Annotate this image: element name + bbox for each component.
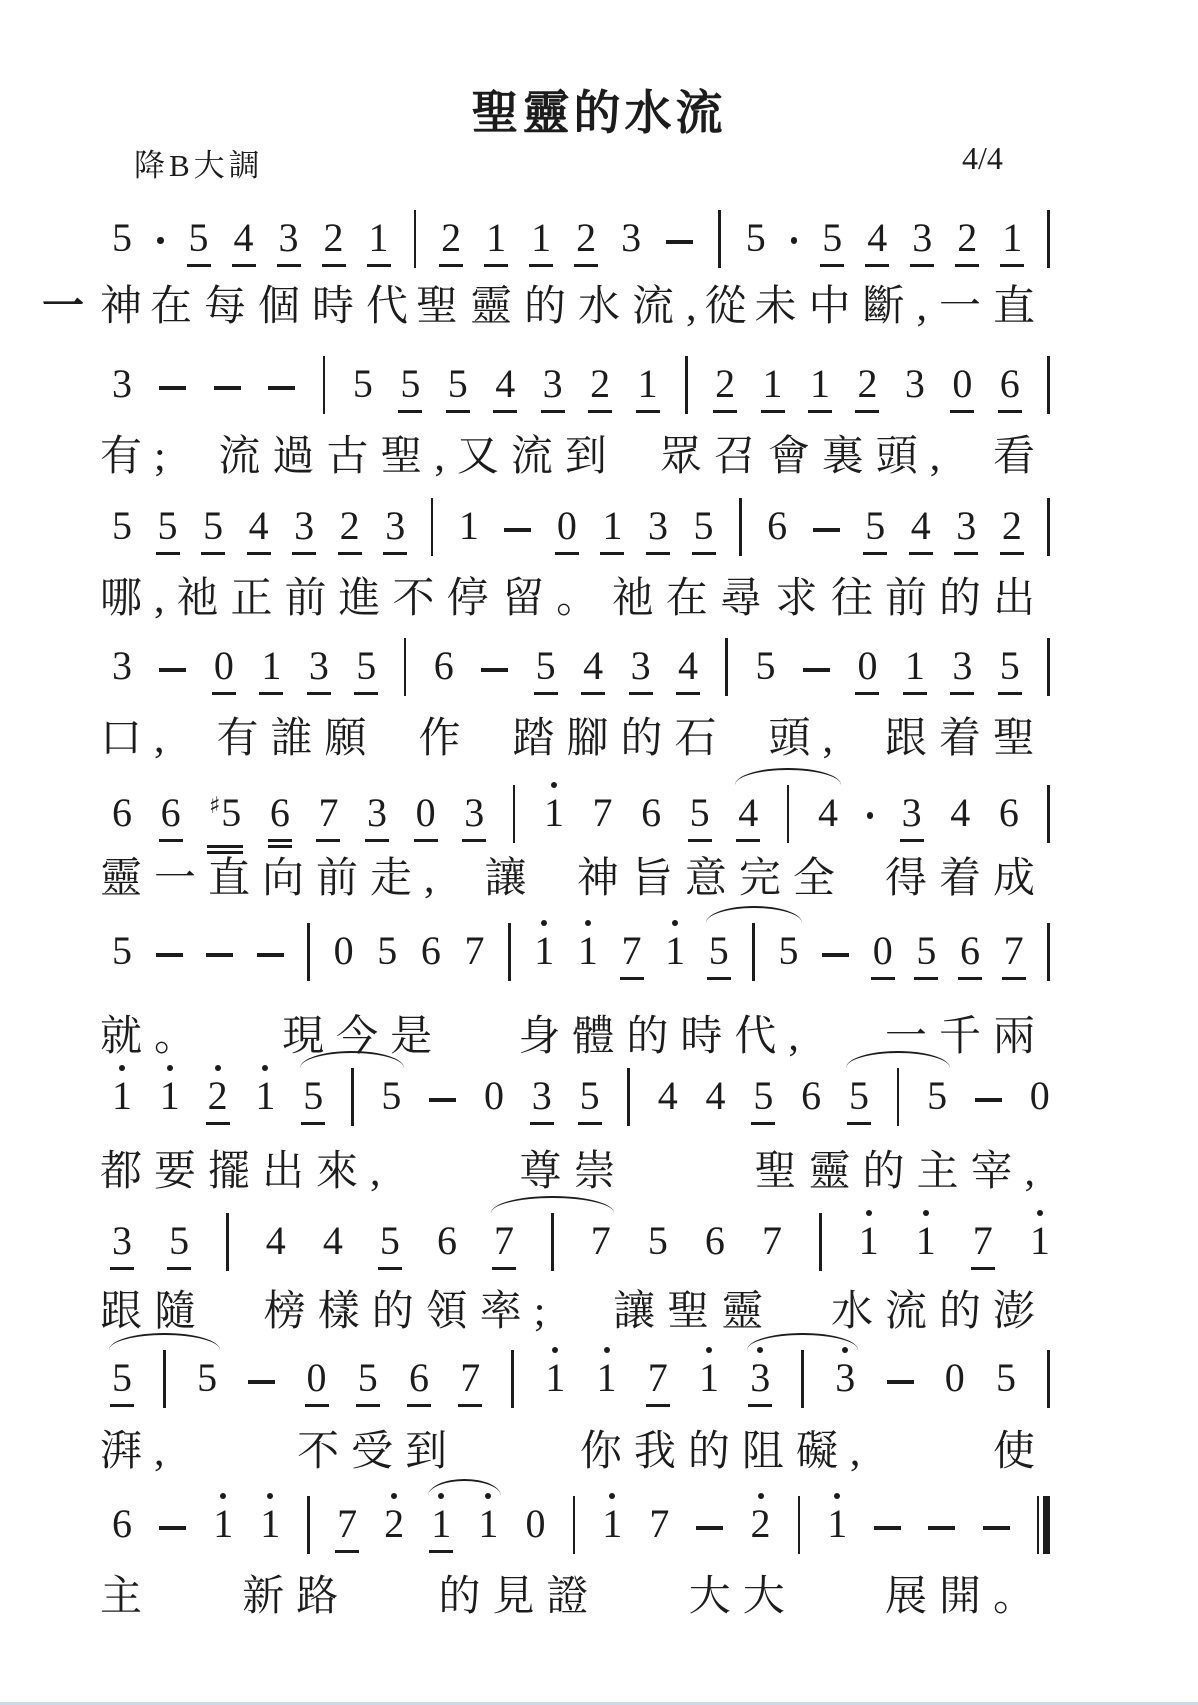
note: 3 [956, 503, 976, 549]
note: 5 [112, 503, 132, 549]
note: 6 [112, 1501, 132, 1547]
note: 7 [1004, 928, 1024, 974]
music-line: 611721101721 [112, 1501, 1050, 1551]
note: 3 [648, 503, 668, 549]
note: 1 [1030, 1218, 1050, 1264]
note: 2 [324, 215, 344, 261]
barline [163, 1350, 166, 1408]
duration-dash [481, 668, 508, 672]
note: 1 [665, 928, 685, 974]
note: 2 [441, 215, 461, 261]
note: 3 [631, 643, 651, 689]
octave-dot [541, 920, 547, 926]
note: 5 [400, 361, 420, 407]
lyric-line: 口,有誰願作踏腳的石頭,跟着聖 [100, 715, 1035, 765]
note: 6 [161, 790, 181, 836]
barline [226, 1213, 229, 1271]
barline [307, 923, 310, 981]
note: 7 [591, 1218, 611, 1264]
octave-dot [609, 1493, 615, 1499]
lyric-segment: 跟隨 [100, 1288, 208, 1336]
note: 5 [927, 1073, 947, 1119]
lyric-segment: 聖靈的主宰, [754, 1148, 1047, 1196]
note: 7 [318, 790, 338, 836]
tie-arc [706, 906, 802, 923]
note: 2 [208, 1073, 228, 1119]
music-line: 55056711713305 [112, 1355, 1050, 1405]
rest-note: 0 [557, 503, 577, 549]
note: 6 [437, 1218, 457, 1264]
lyric-segment: 都要擺出來, [100, 1148, 393, 1196]
note: 3 [367, 790, 387, 836]
barline [739, 498, 742, 556]
duration-dash [874, 1526, 901, 1530]
note: 3 [279, 215, 299, 261]
lyric-segment: 尊崇 [519, 1148, 627, 1196]
lyric-segment: 靈一直向前走, [100, 855, 447, 903]
note: 3 [543, 361, 563, 407]
note: 3 [464, 790, 484, 836]
octave-dot [552, 1347, 558, 1353]
lyric-segment: 新路 [242, 1573, 350, 1621]
note: 6 [270, 790, 290, 836]
octave-dot [604, 1347, 610, 1353]
lyric-segment: 大大 [689, 1573, 797, 1621]
note: 7 [460, 1355, 480, 1401]
barline [1047, 638, 1050, 696]
lyric-segment: 留。 [502, 575, 610, 623]
augmentation-dot [867, 812, 874, 819]
note: 7 [973, 1218, 993, 1264]
note: 5 [746, 215, 766, 261]
barline [404, 638, 407, 696]
duration-dash [928, 1526, 955, 1530]
tie-arc [428, 1479, 501, 1496]
octave-dot [391, 1493, 397, 1499]
rest-note: 0 [1030, 1073, 1050, 1119]
note: 6 [767, 503, 787, 549]
lyric-segment: 讓 [485, 855, 539, 903]
lyric-segment: 祂在尋 [612, 575, 774, 623]
lyric-line: 哪,祂正前進不停留。祂在尋求往前的出 [100, 575, 1035, 625]
rest-note: 0 [334, 928, 354, 974]
note: 5 [377, 928, 397, 974]
note: 6 [801, 1073, 821, 1119]
key-signature: 降B大調 [134, 140, 264, 185]
barline [414, 210, 417, 268]
lyric-segment: 神旨意完全 [577, 855, 847, 903]
octave-dot [262, 1065, 268, 1071]
lyric-segment: 踏腳的石 [512, 715, 728, 763]
augmentation-dot [157, 237, 164, 244]
octave-dot [758, 1493, 764, 1499]
barline [508, 923, 511, 981]
note: 1 [534, 928, 554, 974]
barline [685, 356, 688, 414]
note: 6 [434, 643, 454, 689]
note: 5 [849, 1073, 869, 1119]
note: 6 [999, 790, 1019, 836]
note: 3 [912, 215, 932, 261]
note: 2 [857, 361, 877, 407]
note: 6 [1000, 361, 1020, 407]
note: 5 [380, 1218, 400, 1264]
note: 6 [421, 928, 441, 974]
note: 1 [763, 361, 783, 407]
note: 3 [112, 1218, 132, 1264]
note: 7 [648, 1355, 668, 1401]
lyric-segment: 有誰願 [216, 715, 378, 763]
barline [307, 1496, 310, 1554]
note: 5 [580, 1073, 600, 1119]
music-line: 301356543450135 [112, 643, 1050, 693]
note: 1 [486, 215, 506, 261]
duration-dash [156, 953, 183, 957]
lyric-segment: 未中斷,一直 [754, 283, 1047, 331]
note: 4 [234, 215, 254, 261]
note: 6 [641, 790, 661, 836]
note: 5 [203, 503, 223, 549]
tie-arc [735, 768, 841, 785]
note: 3 [905, 361, 925, 407]
duration-dash [268, 386, 295, 390]
lyric-segment: 哪,祂正前進不停 [100, 575, 501, 623]
note: 5 [303, 1073, 323, 1119]
lyric-segment: 主 [100, 1573, 154, 1621]
note: 5 [690, 790, 710, 836]
rest-note: 0 [857, 643, 877, 689]
lyric-segment: 就。 [100, 1013, 208, 1061]
note: 5 [709, 928, 729, 974]
note: 4 [658, 1073, 678, 1119]
note: 2 [340, 503, 360, 549]
note: 3 [309, 643, 329, 689]
rest-note: 0 [952, 361, 972, 407]
note: 3 [835, 1355, 855, 1401]
octave-dot [220, 1493, 226, 1499]
duration-dash [983, 1526, 1010, 1530]
octave-dot [585, 920, 591, 926]
lyric-segment: 身體的時代, [518, 1013, 811, 1061]
note: 4 [249, 503, 269, 549]
note: 1 [261, 643, 281, 689]
note: 5 [753, 1073, 773, 1119]
note: 5 [169, 1218, 189, 1264]
duration-dash [206, 953, 233, 957]
barline [511, 1350, 514, 1408]
octave-dot [834, 1493, 840, 1499]
barline [551, 1213, 554, 1271]
rest-note: 0 [214, 643, 234, 689]
note: 2 [715, 361, 735, 407]
note: ♯5 [209, 790, 241, 842]
barline [819, 1213, 822, 1271]
barline [627, 1068, 630, 1126]
note: 3 [532, 1073, 552, 1119]
note: 7 [622, 928, 642, 974]
verse-number: 一 [42, 283, 84, 331]
lyric-segment: 神 [100, 283, 154, 331]
barline [1047, 498, 1050, 556]
time-signature: 4/4 [962, 140, 1003, 177]
note: 5 [694, 503, 714, 549]
note: 3 [902, 790, 922, 836]
note: 1 [859, 1218, 879, 1264]
lyric-segment: 你我的阻礙, [580, 1428, 873, 1476]
note: 4 [266, 1218, 286, 1264]
note: 1 [699, 1355, 719, 1401]
duration-dash [696, 1526, 723, 1530]
note: 4 [738, 790, 758, 836]
note: 5 [158, 503, 178, 549]
note: 4 [323, 1218, 343, 1264]
note: 1 [1002, 215, 1022, 261]
duration-dash [429, 1098, 456, 1102]
lyric-line: 主新路的見證大大展開。 [100, 1573, 1035, 1623]
tie-arc [491, 1196, 614, 1213]
note: 1 [810, 361, 830, 407]
octave-dot [1037, 1210, 1043, 1216]
note: 4 [818, 790, 838, 836]
octave-dot [866, 1210, 872, 1216]
note: 6 [705, 1218, 725, 1264]
lyric-segment: 看 [993, 433, 1047, 481]
note: 5 [197, 1355, 217, 1401]
lyric-segment: 求 [775, 575, 829, 623]
barline [1047, 1350, 1050, 1408]
note: 5 [112, 215, 132, 261]
lyric-line: 靈一直向前走,讓神旨意完全得着成 [100, 855, 1035, 905]
octave-dot [215, 1065, 221, 1071]
duration-dash [214, 386, 241, 390]
note: 6 [409, 1355, 429, 1401]
lyric-line: 有;流過古聖,又流到眾召會裏頭,看 [100, 433, 1035, 483]
lyric-segment: 從 [704, 283, 758, 331]
note: 1 [916, 1218, 936, 1264]
lyric-segment: 榜樣的領率; [264, 1288, 558, 1336]
note: 3 [750, 1355, 770, 1401]
note: 3 [294, 503, 314, 549]
note: 5 [356, 643, 376, 689]
note: 5 [112, 1355, 132, 1401]
duration-dash [887, 1380, 914, 1384]
note: 5 [756, 643, 776, 689]
note: 5 [353, 361, 373, 407]
note: 1 [597, 1355, 617, 1401]
lyric-segment: 眾召會裏頭, [660, 433, 953, 481]
note: 1 [602, 503, 622, 549]
note: 5 [648, 1218, 668, 1264]
note: 5 [865, 503, 885, 549]
note: 7 [649, 1501, 669, 1547]
augmentation-dot [791, 237, 798, 244]
note: 5 [822, 215, 842, 261]
rest-note: 0 [945, 1355, 965, 1401]
duration-dash [813, 528, 840, 532]
note: 2 [1002, 503, 1022, 549]
rest-note: 0 [525, 1501, 545, 1547]
duration-dash [257, 953, 284, 957]
duration-dash [822, 953, 849, 957]
barline [1047, 356, 1050, 414]
note: 3 [112, 361, 132, 407]
rest-note: 0 [307, 1355, 327, 1401]
note: 3 [112, 643, 132, 689]
note: 5 [381, 1073, 401, 1119]
barline [787, 785, 790, 843]
lyric-segment: 得着成 [885, 855, 1047, 903]
duration-dash [159, 1526, 186, 1530]
barline [798, 1496, 801, 1554]
note: 1 [545, 1355, 565, 1401]
music-line: 1121550354456550 [112, 1073, 1050, 1123]
note: 4 [495, 361, 515, 407]
octave-dot [923, 1210, 929, 1216]
lyric-segment: 展開。 [885, 1573, 1047, 1621]
octave-dot [706, 1347, 712, 1353]
note: 5 [189, 215, 209, 261]
barline [897, 1068, 900, 1126]
note: 5 [996, 1355, 1016, 1401]
lyric-segment: 往前的出 [831, 575, 1047, 623]
note: 1 [213, 1501, 233, 1547]
music-line: 505671171550567 [112, 928, 1050, 978]
note: 3 [952, 643, 972, 689]
lyric-line: 一神在每個時代聖靈的水流,從未中斷,一直 [100, 283, 1035, 333]
rest-note: 0 [416, 790, 436, 836]
note: 7 [494, 1218, 514, 1264]
barline [323, 356, 326, 414]
note: 5 [358, 1355, 378, 1401]
note: 5 [779, 928, 799, 974]
lyric-segment: 不受到 [297, 1428, 459, 1476]
rest-note: 0 [484, 1073, 504, 1119]
note: 2 [751, 1501, 771, 1547]
note: 7 [593, 790, 613, 836]
lyric-segment: 跟着聖 [885, 715, 1047, 763]
barline [801, 1350, 804, 1408]
note: 1 [578, 928, 598, 974]
note: 7 [337, 1501, 357, 1547]
note: 1 [431, 1501, 451, 1547]
barline [718, 210, 721, 268]
note: 7 [762, 1218, 782, 1264]
barline [431, 498, 434, 556]
note: 1 [827, 1501, 847, 1547]
music-line: 55543231013565432 [112, 503, 1050, 553]
note: 1 [459, 503, 479, 549]
note: 2 [384, 1501, 404, 1547]
note: 1 [531, 215, 551, 261]
duration-dash [803, 668, 830, 672]
sharp-icon: ♯ [209, 793, 220, 819]
note: 5 [536, 643, 556, 689]
barline [351, 1068, 354, 1126]
note: 2 [576, 215, 596, 261]
note: 5 [112, 928, 132, 974]
lyric-segment: 在每個時代 [150, 283, 420, 331]
note: 3 [621, 215, 641, 261]
octave-dot [267, 1493, 273, 1499]
lyric-segment: 口, [100, 715, 177, 763]
lyric-line: 湃,不受到你我的阻礙,使 [100, 1428, 1035, 1478]
lyric-segment: 使 [993, 1428, 1047, 1476]
note: 1 [260, 1501, 280, 1547]
duration-dash [975, 1098, 1002, 1102]
barline [752, 923, 755, 981]
lyric-segment: 湃, [100, 1428, 177, 1476]
sheet-music-page: 聖靈的水流 降B大調 4/4 55432121123554321一神在每個時代聖… [0, 0, 1198, 1705]
octave-dot [167, 1065, 173, 1071]
lyric-segment: 作 [418, 715, 472, 763]
rest-note: 0 [873, 928, 893, 974]
octave-dot [119, 1065, 125, 1071]
music-line: 66♯567303176544346 [112, 790, 1050, 840]
note: 1 [255, 1073, 275, 1119]
note: 1 [478, 1501, 498, 1547]
note: 3 [385, 503, 405, 549]
note: 1 [369, 215, 389, 261]
barline [725, 638, 728, 696]
lyric-segment: 有; [100, 433, 178, 481]
note: 1 [638, 361, 658, 407]
music-line: 354456775671171 [112, 1218, 1050, 1268]
barline [573, 1496, 576, 1554]
note: 1 [112, 1073, 132, 1119]
song-title: 聖靈的水流 [0, 76, 1198, 143]
note: 4 [911, 503, 931, 549]
barline [1047, 785, 1050, 843]
barline [513, 785, 516, 843]
note: 1 [160, 1073, 180, 1119]
duration-dash [159, 386, 186, 390]
octave-dot [551, 782, 557, 788]
note: 1 [544, 790, 564, 836]
lyric-segment: 水流的澎 [831, 1288, 1047, 1336]
note: 4 [706, 1073, 726, 1119]
duration-dash [504, 528, 531, 532]
note: 4 [867, 215, 887, 261]
lyric-line: 都要擺出來,尊崇聖靈的主宰, [100, 1148, 1035, 1198]
music-line: 55432121123554321 [112, 215, 1050, 265]
lyric-line: 跟隨榜樣的領率;讓聖靈水流的澎 [100, 1288, 1035, 1338]
duration-dash [666, 240, 693, 244]
music-line: 355543212112306 [112, 361, 1050, 411]
lyric-segment: 流過古聖,又流到 [218, 433, 619, 481]
note: 7 [464, 928, 484, 974]
duration-dash [159, 668, 186, 672]
lyric-segment: 頭, [768, 715, 845, 763]
note: 2 [590, 361, 610, 407]
barline [1047, 923, 1050, 981]
lyric-segment: 讓聖靈 [613, 1288, 775, 1336]
note: 4 [950, 790, 970, 836]
note: 1 [905, 643, 925, 689]
note: 4 [678, 643, 698, 689]
final-barline [1037, 1496, 1050, 1554]
note: 6 [112, 790, 132, 836]
barline [1047, 210, 1050, 268]
note: 5 [1000, 643, 1020, 689]
note: 4 [583, 643, 603, 689]
octave-dot [672, 920, 678, 926]
duration-dash [248, 1380, 275, 1384]
note: 5 [448, 361, 468, 407]
note: 5 [916, 928, 936, 974]
note: 2 [957, 215, 977, 261]
lyric-segment: 聖靈的水流, [416, 283, 709, 331]
note: 6 [960, 928, 980, 974]
